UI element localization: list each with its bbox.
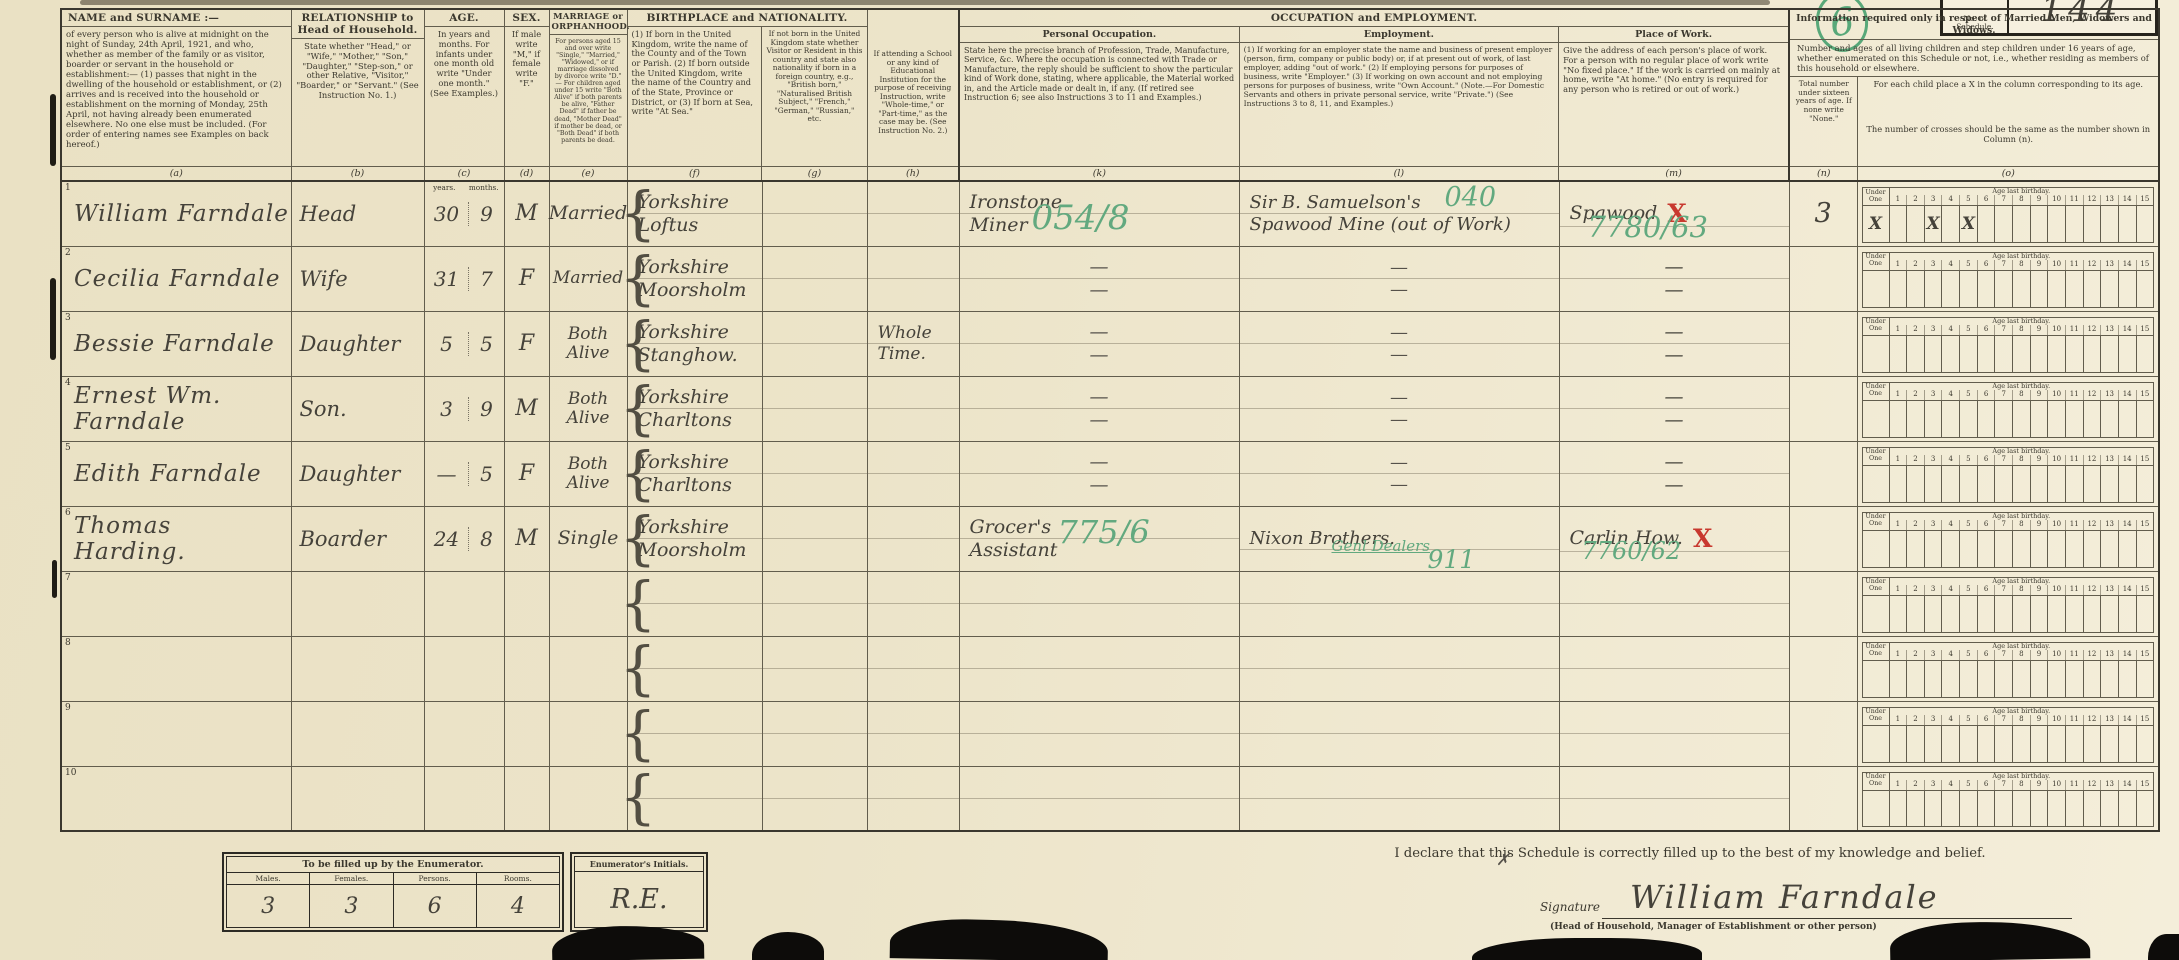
age-cell xyxy=(2066,336,2084,372)
age-cell xyxy=(1890,271,1908,307)
age-cell xyxy=(1995,271,2013,307)
age-number-label: 8 xyxy=(2012,455,2030,465)
age-number-label: 3 xyxy=(1924,195,1942,205)
age-number-label: 5 xyxy=(1959,650,1977,660)
torn-edge xyxy=(890,918,1109,960)
age-cell xyxy=(2031,466,2049,502)
age-number-label: 5 xyxy=(1959,260,1977,270)
personal-occupation-instructions: State here the precise branch of Profess… xyxy=(960,43,1239,166)
age-cell xyxy=(2137,661,2154,697)
header-row: NAME and SURNAME :— of every person who … xyxy=(61,9,2159,181)
age-number-label: 9 xyxy=(2030,715,2048,725)
age-cell xyxy=(2084,596,2102,632)
age-number-label: 12 xyxy=(2083,260,2101,270)
age-cell xyxy=(2084,206,2102,242)
age-number-label: 7 xyxy=(1994,650,2012,660)
name-column-instructions: of every person who is alive at midnight… xyxy=(62,27,291,166)
age-cell xyxy=(2101,401,2119,437)
age-number-label: 3 xyxy=(1924,780,1942,790)
age-cell xyxy=(1978,531,1996,567)
age-number-label: 14 xyxy=(2118,520,2136,530)
age-number-label: 3 xyxy=(1924,455,1942,465)
age-cell xyxy=(2066,596,2084,632)
table-row: 4Ernest Wm. Farndale Son. 39 M BothAlive… xyxy=(61,376,2159,441)
col-header-sex: SEX. If male write "M," if female write … xyxy=(504,9,549,181)
age-number-label: 9 xyxy=(2030,520,2048,530)
age-cell xyxy=(1942,531,1960,567)
age-number-label: 7 xyxy=(1994,455,2012,465)
age-number-label: 2 xyxy=(1906,195,1924,205)
age-cell: X xyxy=(1925,206,1943,242)
age-number-label: 9 xyxy=(2030,780,2048,790)
age-cell xyxy=(2066,791,2084,827)
age-cell xyxy=(1890,596,1908,632)
age-number-label: 8 xyxy=(2012,650,2030,660)
registrar-place-code: 7780/63 xyxy=(1588,210,1708,244)
age-number-label: 9 xyxy=(2030,585,2048,595)
children-ages-grid: UnderOneAge last birthday.12345678910111… xyxy=(1862,642,2155,696)
column-letter-b: (b) xyxy=(292,166,424,180)
age-number-label: 1 xyxy=(1890,585,1907,595)
age-last-birthday-label: Age last birthday. xyxy=(1890,253,2154,260)
age-number-label: 4 xyxy=(1941,780,1959,790)
age-number-label: 8 xyxy=(2012,715,2030,725)
age-number-label: 7 xyxy=(1994,260,2012,270)
age-number-label: 8 xyxy=(2012,325,2030,335)
age-cell xyxy=(2013,336,2031,372)
age-number-label: 14 xyxy=(2118,195,2136,205)
age-number-label: 2 xyxy=(1906,325,1924,335)
age-number-label: 12 xyxy=(2083,455,2101,465)
age-cell xyxy=(2084,791,2102,827)
age-cell xyxy=(1978,336,1996,372)
age-number-label: 13 xyxy=(2100,520,2118,530)
age-cell xyxy=(1907,271,1925,307)
age-cell xyxy=(2119,401,2137,437)
age-number-label: 11 xyxy=(2065,455,2083,465)
brace-glyph: { xyxy=(620,703,657,761)
registrar-place-code: 7760/62 xyxy=(1582,537,1682,565)
name-value: Bessie Farndale xyxy=(74,331,275,357)
age-cell xyxy=(2013,596,2031,632)
age-cell xyxy=(2084,466,2102,502)
females-header: Females. xyxy=(310,873,392,885)
age-cell xyxy=(2066,726,2084,762)
under-one-label: UnderOne xyxy=(1863,318,1890,335)
children-ages-grid: UnderOneAge last birthday.12345678910111… xyxy=(1862,447,2155,501)
age-cell xyxy=(2066,466,2084,502)
age-last-birthday-label: Age last birthday. xyxy=(1890,188,2154,195)
row-number: 2 xyxy=(65,248,71,258)
under-one-label: UnderOne xyxy=(1863,708,1890,725)
age-number-label: 10 xyxy=(2047,390,2065,400)
age-cell xyxy=(1890,336,1908,372)
age-number-label: 4 xyxy=(1941,325,1959,335)
age-number-label: 15 xyxy=(2136,195,2154,205)
age-cell xyxy=(2066,271,2084,307)
age-grid: UnderOneAge last birthday.12345678910111… xyxy=(1862,187,2155,243)
children-ages-grid: UnderOneAge last birthday.12345678910111… xyxy=(1862,512,2155,566)
age-cell xyxy=(1925,336,1943,372)
education-value: Whole xyxy=(868,323,959,344)
age-cell xyxy=(2013,531,2031,567)
age-number-label: 10 xyxy=(2047,780,2065,790)
age-cell xyxy=(2013,401,2031,437)
age-cell xyxy=(1863,531,1890,567)
children-ages-grid: UnderOneAge last birthday.12345678910111… xyxy=(1862,772,2155,826)
age-cell xyxy=(2013,791,2031,827)
age-cell xyxy=(2031,271,2049,307)
children-ages-grid: UnderOneAge last birthday.12345678910111… xyxy=(1862,382,2155,436)
age-cell xyxy=(1978,791,1996,827)
age-number-label: 10 xyxy=(2047,520,2065,530)
age-cell xyxy=(1925,271,1943,307)
age-cell xyxy=(1995,336,2013,372)
age-number-label: 11 xyxy=(2065,390,2083,400)
age-cell xyxy=(2048,596,2066,632)
age-cell xyxy=(1995,401,2013,437)
age-number-label: 8 xyxy=(2012,520,2030,530)
age-number-label: 12 xyxy=(2083,715,2101,725)
age-number-label: 2 xyxy=(1906,650,1924,660)
females-value: 3 xyxy=(310,885,392,927)
age-cell xyxy=(2084,726,2102,762)
age-number-label: 8 xyxy=(2012,390,2030,400)
age-cell xyxy=(2084,336,2102,372)
brace-glyph: { xyxy=(620,443,657,501)
married-info-subtitle: Number and ages of all living children a… xyxy=(1790,40,2158,77)
age-cell xyxy=(1978,661,1996,697)
under-one-label: UnderOne xyxy=(1863,383,1890,400)
age-cell xyxy=(2031,661,2049,697)
age-cell xyxy=(1863,726,1890,762)
column-letter-e: (e) xyxy=(550,166,627,180)
age-number-label: 11 xyxy=(2065,650,2083,660)
name-value: Edith Farndale xyxy=(74,461,262,487)
age-grid: UnderOneAge last birthday.12345678910111… xyxy=(1862,707,2155,763)
age-number-label: 15 xyxy=(2136,585,2154,595)
age-number-label: 13 xyxy=(2100,585,2118,595)
age-last-birthday-label: Age last birthday. xyxy=(1890,383,2154,390)
age-number-label: 4 xyxy=(1941,585,1959,595)
age-number-label: 6 xyxy=(1977,260,1995,270)
signature-line xyxy=(1602,918,2072,919)
age-number-label: 5 xyxy=(1959,390,1977,400)
brace-glyph: { xyxy=(620,508,657,566)
relationship-column-title: RELATIONSHIP to Head of Household. xyxy=(292,10,424,39)
age-number-label: 3 xyxy=(1924,650,1942,660)
age-cell xyxy=(1907,466,1925,502)
age-number-label: 15 xyxy=(2136,390,2154,400)
age-number-label: 12 xyxy=(2083,390,2101,400)
age-number-label: 10 xyxy=(2047,650,2065,660)
age-number-label: 6 xyxy=(1977,650,1995,660)
age-number-label: 2 xyxy=(1906,715,1924,725)
education-value xyxy=(868,213,959,214)
enumerator-initials-value: R.E. xyxy=(575,872,703,927)
age-number-label: 2 xyxy=(1906,455,1924,465)
table-row: 3Bessie Farndale Daughter 55 F BothAlive… xyxy=(61,311,2159,376)
age-number-label: 13 xyxy=(2100,455,2118,465)
age-cell xyxy=(2137,271,2154,307)
age-number-label: 11 xyxy=(2065,520,2083,530)
age-cell xyxy=(1863,336,1890,372)
age-cell xyxy=(2137,336,2154,372)
age-cell xyxy=(2031,596,2049,632)
age-number-label: 1 xyxy=(1890,390,1907,400)
age-cell xyxy=(1960,791,1978,827)
marriage-column-title: MARRIAGE or ORPHANHOOD. xyxy=(550,10,627,35)
age-cell xyxy=(2048,401,2066,437)
age-number-label: 4 xyxy=(1941,455,1959,465)
registrar-occupation-code: 054/8 xyxy=(1032,198,1130,238)
age-cell xyxy=(1907,336,1925,372)
age-cell xyxy=(2031,336,2049,372)
age-cell xyxy=(1995,791,2013,827)
age-cell xyxy=(1907,206,1925,242)
age-number-label: 8 xyxy=(2012,260,2030,270)
age-number-label: 5 xyxy=(1959,585,1977,595)
age-number-label: 11 xyxy=(2065,715,2083,725)
column-letter-k: (k) xyxy=(960,166,1239,180)
age-number-label: 12 xyxy=(2083,520,2101,530)
scan-edge-shadow xyxy=(80,0,1770,5)
sex-value: M xyxy=(515,201,538,226)
age-cell xyxy=(2119,531,2137,567)
enumerator-box-title: To be filled up by the Enumerator. xyxy=(227,857,559,873)
binding-mark xyxy=(52,560,57,598)
age-cell xyxy=(2031,401,2049,437)
age-number-label: 9 xyxy=(2030,650,2048,660)
sex-column-title: SEX. xyxy=(505,10,549,27)
age-cell xyxy=(2101,531,2119,567)
age-column-title: AGE. xyxy=(425,10,504,27)
age-number-label: 14 xyxy=(2118,390,2136,400)
males-header: Males. xyxy=(227,873,309,885)
registrar-employment-code: 040 xyxy=(1445,182,1497,213)
age-number-label: 11 xyxy=(2065,585,2083,595)
age-cell xyxy=(2013,271,2031,307)
age-number-label: 4 xyxy=(1941,195,1959,205)
age-cell xyxy=(1907,596,1925,632)
age-cell xyxy=(2084,531,2102,567)
age-cell xyxy=(2101,206,2119,242)
age-cell xyxy=(1907,661,1925,697)
age-number-label: 3 xyxy=(1924,390,1942,400)
age-cell xyxy=(2031,726,2049,762)
age-number-label: 6 xyxy=(1977,390,1995,400)
age-number-label: 3 xyxy=(1924,585,1942,595)
age-number-label: 10 xyxy=(2047,325,2065,335)
col-header-birthplace-group: BIRTHPLACE and NATIONALITY. (1) If born … xyxy=(627,9,867,181)
age-cell xyxy=(1942,336,1960,372)
column-letter-m: (m) xyxy=(1559,166,1788,180)
age-number-label: 7 xyxy=(1994,780,2012,790)
children-ages-instructions-2: The number of crosses should be the same… xyxy=(1858,122,2158,166)
age-cell xyxy=(1942,661,1960,697)
age-grid: UnderOneAge last birthday.12345678910111… xyxy=(1862,772,2155,828)
table-row: 6Thomas Harding. Boarder 248 M Single {Y… xyxy=(61,506,2159,571)
age-number-label: 6 xyxy=(1977,585,1995,595)
enumerator-box: To be filled up by the Enumerator. Males… xyxy=(222,852,564,932)
age-cell xyxy=(2101,791,2119,827)
age-cell xyxy=(2119,466,2137,502)
age-number-label: 3 xyxy=(1924,260,1942,270)
brace-glyph: { xyxy=(620,313,657,371)
age-cell xyxy=(1863,271,1890,307)
age-cell xyxy=(1863,791,1890,827)
age-number-label: 8 xyxy=(2012,585,2030,595)
age-cell xyxy=(2048,661,2066,697)
age-cell xyxy=(1925,466,1943,502)
age-cell xyxy=(1925,596,1943,632)
age-number-label: 15 xyxy=(2136,455,2154,465)
brace-glyph: { xyxy=(620,378,657,436)
age-cell xyxy=(2137,466,2154,502)
name-column-title: NAME and SURNAME :— xyxy=(62,10,291,27)
age-number-label: 10 xyxy=(2047,715,2065,725)
age-number-label: 13 xyxy=(2100,260,2118,270)
age-number-label: 2 xyxy=(1906,780,1924,790)
age-last-birthday-label: Age last birthday. xyxy=(1890,643,2154,650)
age-cell xyxy=(1890,466,1908,502)
relationship-value: Head xyxy=(300,202,357,226)
persons-value: 6 xyxy=(394,885,476,927)
age-number-label: 10 xyxy=(2047,195,2065,205)
age-number-label: 4 xyxy=(1941,390,1959,400)
age-cell xyxy=(1942,466,1960,502)
age-cell xyxy=(1942,206,1960,242)
age-number-label: 2 xyxy=(1906,520,1924,530)
age-cell xyxy=(2066,206,2084,242)
age-number-label: 5 xyxy=(1959,715,1977,725)
declaration-text: I declare that this Schedule is correctl… xyxy=(1290,846,2090,861)
age-grid: UnderOneAge last birthday.12345678910111… xyxy=(1862,317,2155,373)
age-cell xyxy=(2048,531,2066,567)
age-cell xyxy=(1925,531,1943,567)
age-cell xyxy=(1863,466,1890,502)
age-number-label: 3 xyxy=(1924,715,1942,725)
age-cell xyxy=(1960,401,1978,437)
age-number-label: 12 xyxy=(2083,195,2101,205)
age-cell xyxy=(2048,206,2066,242)
table-row: 10 { UnderOneAge last birthday.123456789… xyxy=(61,766,2159,831)
column-letter-n: (n) xyxy=(1790,166,1857,180)
nationality-instructions: If not born in the United Kingdom state … xyxy=(762,27,866,166)
age-cell xyxy=(1925,726,1943,762)
signature-label: Signature xyxy=(1540,900,1600,914)
age-number-label: 5 xyxy=(1959,780,1977,790)
age-cell xyxy=(2119,206,2137,242)
age-number-label: 10 xyxy=(2047,260,2065,270)
age-number-label: 5 xyxy=(1959,520,1977,530)
age-number-label: 6 xyxy=(1977,780,1995,790)
table-row: 1William Farndale Head years.months. 309… xyxy=(61,181,2159,246)
age-number-label: 1 xyxy=(1890,650,1907,660)
age-number-label: 15 xyxy=(2136,260,2154,270)
age-cell xyxy=(1942,726,1960,762)
age-number-label: 13 xyxy=(2100,390,2118,400)
age-number-label: 6 xyxy=(1977,195,1995,205)
age-cell xyxy=(2137,401,2154,437)
age-number-label: 1 xyxy=(1890,195,1907,205)
age-cell xyxy=(2119,271,2137,307)
age-cell xyxy=(2101,271,2119,307)
row-number: 1 xyxy=(65,183,71,193)
age-cell xyxy=(1960,271,1978,307)
age-cell xyxy=(2048,271,2066,307)
age-number-label: 13 xyxy=(2100,650,2118,660)
under-one-label: UnderOne xyxy=(1863,773,1890,790)
age-cell xyxy=(1995,531,2013,567)
age-cell xyxy=(2013,661,2031,697)
column-letter-c: (c) xyxy=(425,166,504,180)
age-grid: UnderOneAge last birthday.12345678910111… xyxy=(1862,382,2155,438)
age-number-label: 5 xyxy=(1959,195,1977,205)
age-cell xyxy=(1978,466,1996,502)
age-number-label: 15 xyxy=(2136,325,2154,335)
persons-header: Persons. xyxy=(394,873,476,885)
age-number-label: 14 xyxy=(2118,715,2136,725)
age-cell xyxy=(2084,271,2102,307)
column-letter-a: (a) xyxy=(62,166,291,180)
age-number-label: 6 xyxy=(1977,325,1995,335)
age-number-label: 6 xyxy=(1977,455,1995,465)
column-letter-d: (d) xyxy=(505,166,549,180)
age-cell xyxy=(1978,206,1996,242)
age-cross-mark: X xyxy=(1962,214,1975,234)
age-number-label: 6 xyxy=(1977,520,1995,530)
age-cell xyxy=(1995,661,2013,697)
marriage-value: Married xyxy=(549,203,627,224)
age-cell xyxy=(2031,206,2049,242)
col-header-relationship: RELATIONSHIP to Head of Household. State… xyxy=(291,9,424,181)
age-cross-mark: X xyxy=(1927,214,1940,234)
age-number-label: 9 xyxy=(2030,195,2048,205)
age-number-label: 4 xyxy=(1941,520,1959,530)
employment-instructions: (1) If working for an employer state the… xyxy=(1240,43,1558,166)
age-cell xyxy=(1942,271,1960,307)
age-cell xyxy=(1890,206,1908,242)
age-number-label: 7 xyxy=(1994,520,2012,530)
torn-edge xyxy=(752,932,824,960)
age-cell xyxy=(2137,726,2154,762)
table-row: 2Cecilia Farndale Wife 317 F Married {Yo… xyxy=(61,246,2159,311)
under-one-label: UnderOne xyxy=(1863,643,1890,660)
age-number-label: 4 xyxy=(1941,260,1959,270)
age-months-value: 9 xyxy=(469,202,503,226)
birthplace-instructions: (1) If born in the United Kingdom, write… xyxy=(628,27,762,166)
age-number-label: 1 xyxy=(1890,455,1907,465)
age-number-label: 11 xyxy=(2065,780,2083,790)
age-number-label: 11 xyxy=(2065,260,2083,270)
age-number-label: 13 xyxy=(2100,195,2118,205)
age-cell xyxy=(1890,791,1908,827)
age-cell xyxy=(2119,726,2137,762)
table-row: 5Edith Farndale Daughter —5 F BothAlive … xyxy=(61,441,2159,506)
age-cell xyxy=(1942,791,1960,827)
col-header-education: If attending a School or any kind of Edu… xyxy=(867,9,959,181)
column-letter-g: (g) xyxy=(762,166,866,180)
column-letter-h: (h) xyxy=(868,166,959,180)
age-cell: X xyxy=(1960,206,1978,242)
age-grid: UnderOneAge last birthday.12345678910111… xyxy=(1862,577,2155,633)
age-last-birthday-label: Age last birthday. xyxy=(1890,773,2154,780)
age-cell xyxy=(1960,336,1978,372)
enumerator-initials-label: Enumerator's Initials. xyxy=(575,857,703,872)
under-one-label: UnderOne xyxy=(1863,253,1890,270)
under-one-label: UnderOne xyxy=(1863,578,1890,595)
